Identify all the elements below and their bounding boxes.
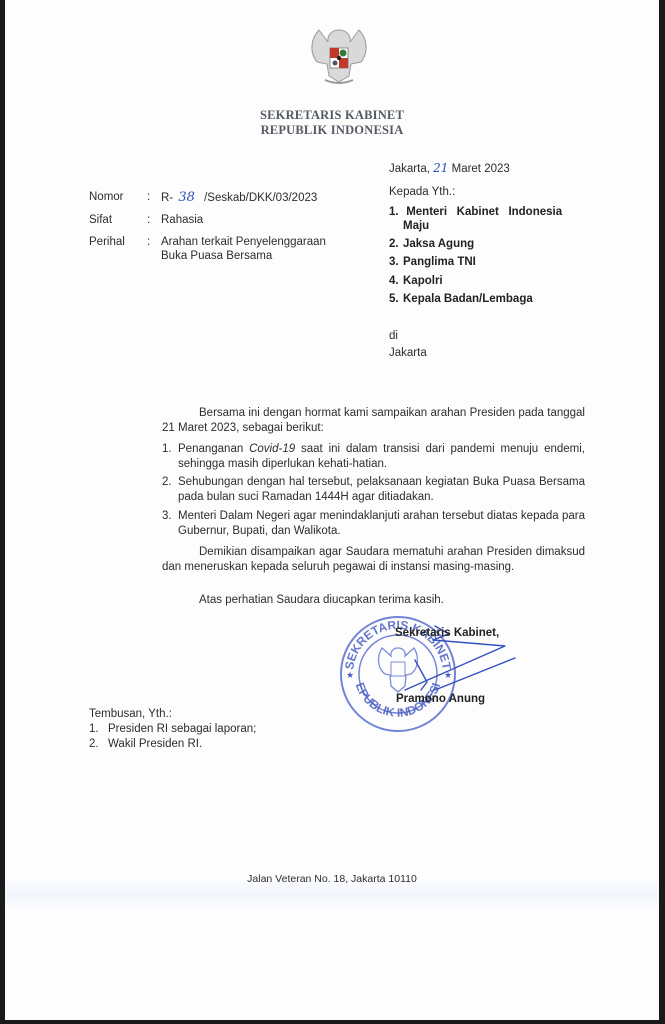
point-italic: Covid-19	[249, 443, 295, 455]
meta-value-nomor: R- 38 /Seskab/DKK/03/2023	[161, 190, 317, 205]
point-num: 1.	[162, 442, 172, 457]
body-point-1: 1. Penanganan Covid-19 saat ini dalam tr…	[162, 442, 585, 471]
footer-address: Jalan Veteran No. 18, Jakarta 10110	[5, 873, 659, 885]
garuda-emblem-icon	[301, 20, 377, 96]
recipient-text: Kepala Badan/Lembaga	[403, 293, 533, 305]
recipient-num: 5.	[389, 293, 403, 305]
point-num: 2.	[162, 475, 172, 490]
recipient-item: 2.Jaksa Agung	[389, 238, 474, 250]
signature-name: Pramono Anung	[396, 693, 485, 705]
body-point-3: 3. Menteri Dalam Negeri agar menindaklan…	[162, 509, 585, 538]
recipient-item: 3.Panglima TNI	[389, 256, 476, 268]
date-day-handwritten: 21	[433, 161, 448, 175]
recipient-num: 4.	[389, 275, 403, 287]
meta-value-perihal-1: Arahan terkait Penyelenggaraan	[161, 236, 326, 248]
meta-label-perihal: Perihal	[89, 236, 125, 248]
letter-page: SEKRETARIS KABINET REPUBLIK INDONESIA Ja…	[5, 0, 659, 1020]
letter-date: Jakarta, 21 Maret 2023	[389, 161, 510, 175]
date-place: Jakarta,	[389, 163, 430, 175]
signature-title: Sekretaris Kabinet,	[395, 627, 499, 639]
recipients-city: Jakarta	[389, 347, 427, 359]
svg-text:★: ★	[346, 670, 354, 680]
nomor-handwritten: 38	[178, 190, 195, 205]
meta-value-sifat: Rahasia	[161, 214, 203, 226]
meta-label-sifat: Sifat	[89, 214, 112, 226]
recipients-heading: Kepada Yth.:	[389, 186, 455, 198]
recipient-item: 1. Menteri Kabinet Indonesia	[389, 206, 585, 218]
recipient-text: Panglima TNI	[403, 256, 476, 268]
letterhead-line1: SEKRETARIS KABINET	[5, 108, 659, 123]
cc-item: 2.Wakil Presiden RI.	[89, 738, 202, 750]
recipient-text: Kapolri	[403, 275, 443, 287]
cc-heading: Tembusan, Yth.:	[89, 708, 172, 720]
recipient-item: 4.Kapolri	[389, 275, 443, 287]
body-closing-2: Atas perhatian Saudara diucapkan terima …	[199, 594, 444, 606]
recipient-text: Menteri Kabinet Indonesia	[406, 206, 562, 218]
meta-sep: :	[147, 191, 150, 203]
nomor-prefix: R-	[161, 192, 173, 204]
point-text: Penanganan	[178, 443, 249, 455]
cc-item: 1.Presiden RI sebagai laporan;	[89, 723, 256, 735]
letterhead-line2: REPUBLIK INDONESIA	[5, 123, 659, 138]
recipient-item: 5.Kepala Badan/Lembaga	[389, 293, 533, 305]
date-month-year: Maret 2023	[452, 163, 510, 175]
recipient-num: 1.	[389, 206, 403, 218]
recipient-num: 3.	[389, 256, 403, 268]
recipient-text: Jaksa Agung	[403, 238, 474, 250]
recipient-item-cont: Maju	[403, 220, 429, 232]
cc-num: 2.	[89, 738, 108, 750]
meta-value-perihal-2: Buka Puasa Bersama	[161, 250, 272, 262]
body-closing-1: Demikian disampaikan agar Saudara mematu…	[162, 545, 585, 574]
recipients-di: di	[389, 330, 398, 342]
meta-sep: :	[147, 214, 150, 226]
cc-text: Wakil Presiden RI.	[108, 738, 202, 750]
meta-label-nomor: Nomor	[89, 191, 124, 203]
meta-sep: :	[147, 236, 150, 248]
point-text: Sehubungan dengan hal tersebut, pelaksan…	[178, 476, 585, 503]
recipient-num: 2.	[389, 238, 403, 250]
point-num: 3.	[162, 509, 172, 524]
nomor-suffix: /Seskab/DKK/03/2023	[204, 192, 317, 204]
point-text: Menteri Dalam Negeri agar menindaklanjut…	[178, 510, 585, 537]
cc-num: 1.	[89, 723, 108, 735]
cc-text: Presiden RI sebagai laporan;	[108, 723, 256, 735]
body-intro: Bersama ini dengan hormat kami sampaikan…	[162, 406, 585, 436]
body-point-2: 2. Sehubungan dengan hal tersebut, pelak…	[162, 475, 585, 504]
